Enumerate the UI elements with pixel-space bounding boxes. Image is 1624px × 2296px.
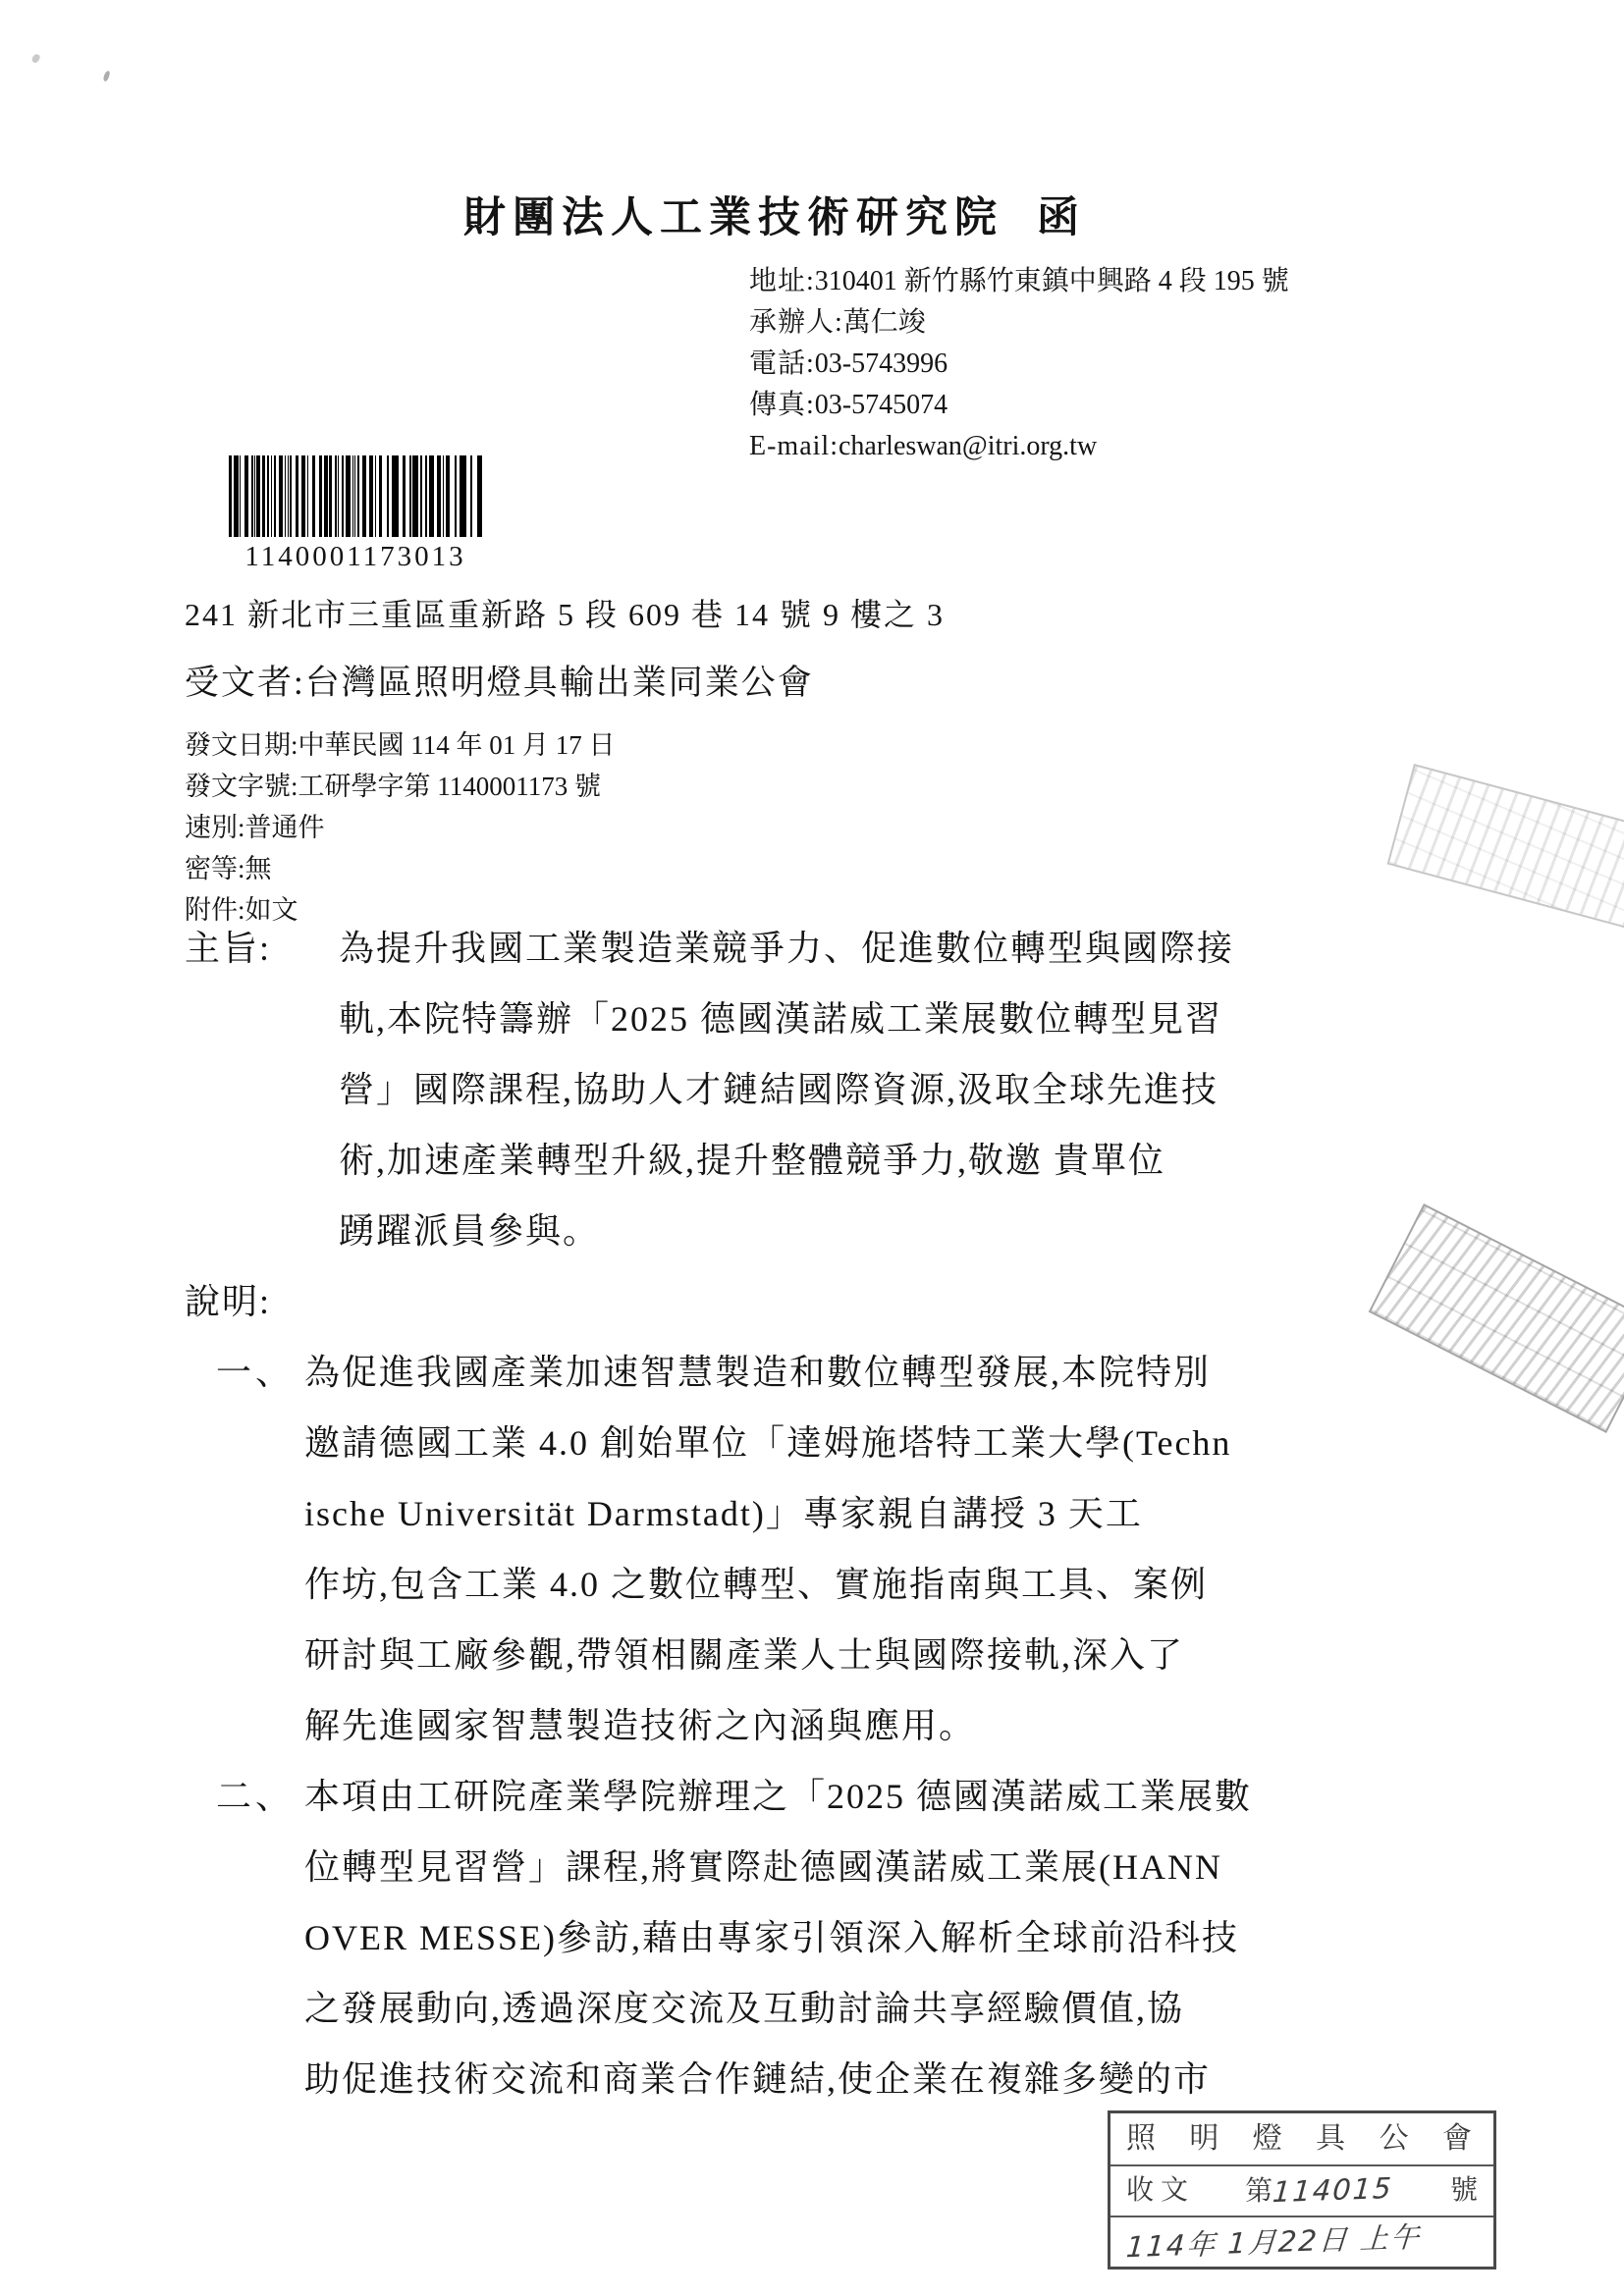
receipt-stamp-box: 照 明 燈 具 公 會 收 文 第114015 號 114年 1月22日 上午 xyxy=(1108,2110,1496,2269)
explanation-label: 說明: xyxy=(185,1266,1343,1337)
explanation-item-1-line: 邀請德國工業 4.0 創始單位「達姆施塔特工業大學(Techn xyxy=(185,1408,1343,1478)
scan-artifact xyxy=(102,70,110,81)
contact-phone: 電話:03-5743996 xyxy=(749,344,1289,385)
subject-line: 軌,本院特籌辦「2025 德國漢諾威工業展數位轉型見習 xyxy=(185,984,1343,1054)
contact-phone-label: 電話: xyxy=(749,348,815,379)
faint-ink-stamp xyxy=(1387,764,1624,929)
meta-classification: 密等:無 xyxy=(185,848,616,889)
contact-address-label: 地址: xyxy=(749,266,815,296)
item-number: 一、 xyxy=(216,1337,304,1408)
contact-fax-value: 03-5745074 xyxy=(815,390,947,420)
explanation-item-1-line: 研討與工廠參觀,帶領相關產業人士與國際接軌,深入了 xyxy=(185,1620,1343,1690)
meta-doc-number: 發文字號:工研學字第 1140001173 號 xyxy=(185,766,616,807)
contact-person-label: 承辦人: xyxy=(749,307,843,338)
subject-line: 主旨:為提升我國工業製造業競爭力、促進數位轉型與國際接 xyxy=(185,913,1343,984)
receipt-org-char: 明 xyxy=(1189,2113,1224,2164)
receipt-org-char: 公 xyxy=(1380,2113,1415,2164)
item-text: 為促進我國產業加速智慧製造和數位轉型發展,本院特別 xyxy=(304,1353,1211,1392)
document-meta: 發文日期:中華民國 114 年 01 月 17 日 發文字號:工研學字第 114… xyxy=(185,724,616,931)
contact-phone-value: 03-5743996 xyxy=(815,348,947,379)
receipt-org-char: 燈 xyxy=(1253,2113,1288,2164)
contact-address-value: 310401 新竹縣竹東鎮中興路 4 段 195 號 xyxy=(815,266,1289,296)
meta-doc-number-value: 工研學字第 1140001173 號 xyxy=(298,772,602,801)
meta-classification-value: 無 xyxy=(245,854,272,883)
receipt-date-handwritten: 114年 1月22日 上午 xyxy=(1124,2212,1423,2273)
org-name: 財團法人工業技術研究院 xyxy=(463,185,1003,244)
explanation-item-1-line: ische Universität Darmstadt)」專家親自講授 3 天工 xyxy=(185,1478,1343,1549)
stamp-scribble xyxy=(1389,766,1624,926)
receipt-receive-label: 收 文 xyxy=(1126,2165,1188,2216)
stamp-scribble xyxy=(1371,1206,1624,1431)
contact-email-label: E-mail: xyxy=(749,431,839,461)
receipt-org-char: 具 xyxy=(1316,2113,1351,2164)
meta-priority-label: 速別: xyxy=(185,813,245,842)
explanation-item-2-line: 位轉型見習營」課程,將實際赴德國漢諾威工業展(HANN xyxy=(185,1832,1343,1902)
letter-body: 主旨:為提升我國工業製造業競爭力、促進數位轉型與國際接 軌,本院特籌辦「2025… xyxy=(185,913,1343,2114)
meta-classification-label: 密等: xyxy=(185,854,245,883)
explanation-item-1-line: 解先進國家智慧製造技術之內涵與應用。 xyxy=(185,1690,1343,1761)
subject-line: 營」國際課程,協助人才鏈結國際資源,汲取全球先進技 xyxy=(185,1054,1343,1125)
receipt-org-char: 會 xyxy=(1442,2113,1478,2164)
contact-email: E-mail:charleswan@itri.org.tw xyxy=(749,426,1289,467)
meta-priority: 速別:普通件 xyxy=(185,807,616,848)
receipt-stamp-org-row: 照 明 燈 具 公 會 xyxy=(1110,2113,1493,2164)
barcode-image xyxy=(229,455,482,537)
item-number: 二、 xyxy=(216,1761,304,1832)
scanned-official-letter: 財團法人工業技術研究院 函 地址:310401 新竹縣竹東鎮中興路 4 段 19… xyxy=(0,0,1624,2296)
contact-fax: 傳真:03-5745074 xyxy=(749,385,1289,426)
meta-priority-value: 普通件 xyxy=(245,813,325,842)
addressee-value: 台灣區照明燈具輸出業同業公會 xyxy=(305,664,814,702)
subject-line: 術,加速產業轉型升級,提升整體競爭力,敬邀 貴單位 xyxy=(185,1125,1343,1196)
subject-label: 主旨: xyxy=(185,913,339,984)
contact-email-value: charleswan@itri.org.tw xyxy=(839,431,1097,461)
explanation-item-2-line: 助促進技術交流和商業合作鏈結,使企業在複雜多變的市 xyxy=(185,2044,1343,2114)
contact-person-value: 萬仁竣 xyxy=(843,307,926,338)
receipt-number-prefix: 第 xyxy=(1245,2176,1272,2207)
receipt-number-handwritten: 114015 xyxy=(1271,2163,1394,2217)
receipt-org-char: 照 xyxy=(1126,2113,1162,2164)
mailing-address: 241 新北市三重區重新路 5 段 609 巷 14 號 9 樓之 3 xyxy=(185,590,945,635)
contact-block: 地址:310401 新竹縣竹東鎮中興路 4 段 195 號 承辦人:萬仁竣 電話… xyxy=(749,261,1289,467)
explanation-item-1-line: 作坊,包含工業 4.0 之數位轉型、實施指南與工具、案例 xyxy=(185,1549,1343,1620)
addressee-line: 受文者:台灣區照明燈具輸出業同業公會 xyxy=(185,656,814,705)
receipt-stamp-date-row: 114年 1月22日 上午 xyxy=(1110,2216,1493,2267)
document-type: 函 xyxy=(1037,185,1079,244)
subject-line: 踴躍派員參與。 xyxy=(185,1196,1343,1266)
contact-person: 承辦人:萬仁竣 xyxy=(749,302,1289,344)
meta-issue-date-label: 發文日期: xyxy=(185,730,298,760)
receipt-number-suffix: 號 xyxy=(1450,2165,1478,2216)
receipt-number-group: 第114015 xyxy=(1245,2164,1393,2217)
meta-issue-date: 發文日期:中華民國 114 年 01 月 17 日 xyxy=(185,724,616,766)
explanation-item-2-line: OVER MESSE)參訪,藉由專家引領深入解析全球前沿科技 xyxy=(185,1902,1343,1973)
meta-issue-date-value: 中華民國 114 年 01 月 17 日 xyxy=(298,730,616,760)
meta-doc-number-label: 發文字號: xyxy=(185,772,298,801)
addressee-label: 受文者: xyxy=(185,664,305,702)
barcode-number: 1140001173013 xyxy=(229,541,482,573)
explanation-item-2-line: 之發展動向,透過深度交流及互動討論共享經驗價值,協 xyxy=(185,1973,1343,2044)
contact-fax-label: 傳真: xyxy=(749,390,815,420)
item-text: 本項由工研院產業學院辦理之「2025 德國漢諾威工業展數 xyxy=(304,1777,1252,1816)
explanation-item-1-line: 一、為促進我國產業加速智慧製造和數位轉型發展,本院特別 xyxy=(185,1337,1343,1408)
contact-address: 地址:310401 新竹縣竹東鎮中興路 4 段 195 號 xyxy=(749,261,1289,302)
receipt-stamp-number-row: 收 文 第114015 號 xyxy=(1110,2164,1493,2216)
scan-artifact xyxy=(30,53,40,64)
subject-text: 為提升我國工業製造業競爭力、促進數位轉型與國際接 xyxy=(339,929,1234,968)
explanation-item-2-line: 二、本項由工研院產業學院辦理之「2025 德國漢諾威工業展數 xyxy=(185,1761,1343,1832)
letterhead: 財團法人工業技術研究院 函 xyxy=(463,185,1079,244)
faint-ink-stamp xyxy=(1369,1203,1624,1433)
